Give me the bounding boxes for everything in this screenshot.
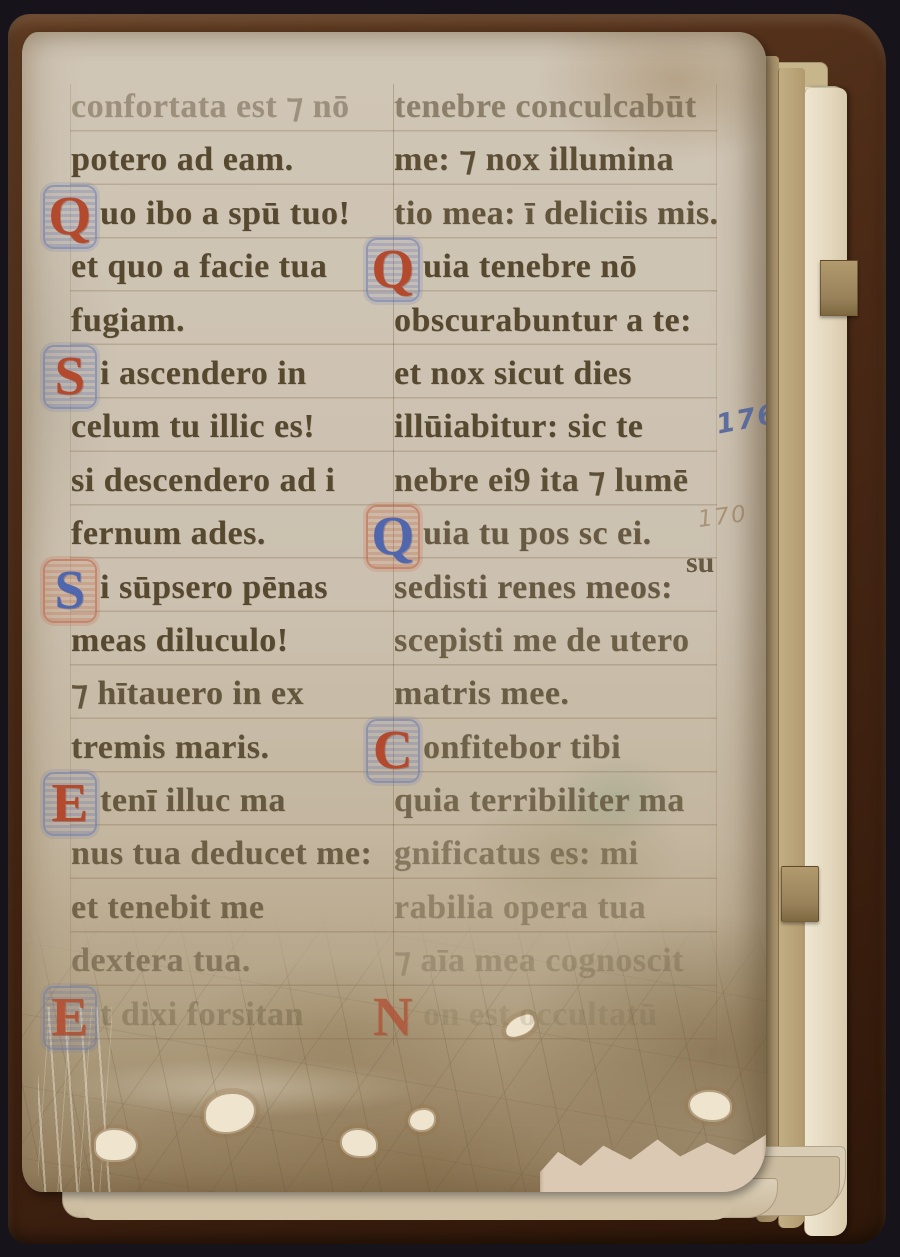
parchment-hole xyxy=(94,1128,138,1162)
margin-overflow-text: su xyxy=(686,546,714,580)
manuscript-text: ⁊ aīa mea cognoscit xyxy=(394,942,684,979)
illuminated-initial: E xyxy=(45,774,95,834)
folio-number-pencil: 176 xyxy=(714,398,766,440)
manuscript-text-line: et quo a facie tua xyxy=(71,244,393,297)
manuscript-text: illūiabitur: sic te xyxy=(394,408,643,445)
manuscript-text: potero ad eam. xyxy=(71,141,294,178)
manuscript-text-line: matris mee. xyxy=(394,671,716,724)
manuscript-text: sedisti renes meos: xyxy=(394,569,673,606)
parchment-hole xyxy=(688,1090,732,1122)
manuscript-text: uia tenebre nō xyxy=(423,248,637,285)
bottom-page-edges xyxy=(84,1198,734,1220)
manuscript-text-line: potero ad eam. xyxy=(71,137,393,190)
manuscript-text: confortata est ⁊ nō xyxy=(71,88,350,125)
manuscript-text-line: nebre ei9 ita ⁊ lumē xyxy=(394,458,716,511)
manuscript-text-line: Confitebor tibi xyxy=(394,725,716,778)
manuscript-text: fernum ades. xyxy=(71,515,266,552)
manuscript-text-line: et nox sicut dies xyxy=(394,351,716,404)
manuscript-text: matris mee. xyxy=(394,675,569,712)
manuscript-text: obscurabuntur a te: xyxy=(394,302,692,339)
manuscript-text-line: meas diluculo! xyxy=(71,618,393,671)
manuscript-text: et tenebit me xyxy=(71,889,264,926)
manuscript-text: uo ibo a spū tuo! xyxy=(100,195,350,232)
manuscript-text: tremis maris. xyxy=(71,729,269,766)
ghost-offset-number: 170 xyxy=(697,501,750,533)
manuscript-text: si descendero ad i xyxy=(71,462,335,499)
illuminated-initial: C xyxy=(368,721,418,781)
manuscript-text-line: Etenī illuc ma xyxy=(71,778,393,831)
manuscript-text-line: ⁊ hītauero in ex xyxy=(71,671,393,724)
manuscript-text-line: Quia tenebre nō xyxy=(394,244,716,297)
illuminated-initial: S xyxy=(45,561,95,621)
manuscript-text-line: quia terribiliter ma xyxy=(394,778,716,831)
manuscript-text: i ascendero in xyxy=(100,355,307,392)
manuscript-text: et quo a facie tua xyxy=(71,248,327,285)
manuscript-text-line: Non est occultatū xyxy=(394,992,716,1045)
manuscript-text-line: sedisti renes meos: xyxy=(394,565,716,618)
manuscript-text-line: Si sūpsero pēnas xyxy=(71,565,393,618)
manuscript-text: rabilia opera tua xyxy=(394,889,646,926)
manuscript-text: fugiam. xyxy=(71,302,185,339)
manuscript-text-line: nus tua deducet me: xyxy=(71,831,393,884)
manuscript-text-line: si descendero ad i xyxy=(71,458,393,511)
manuscript-text-line: Quia tu pos sc ei. xyxy=(394,511,716,564)
manuscript-text-line: Si ascendero in xyxy=(71,351,393,404)
parchment-hole xyxy=(340,1128,378,1158)
illuminated-initial: Q xyxy=(45,187,95,247)
page-edge-stack xyxy=(778,68,805,1228)
manuscript-text: quia terribiliter ma xyxy=(394,782,685,819)
manuscript-text: meas diluculo! xyxy=(71,622,289,659)
manuscript-text-line: scepisti me de utero xyxy=(394,618,716,671)
manuscript-text: ⁊ hītauero in ex xyxy=(71,675,304,712)
manuscript-text-line: Quo ibo a spū tuo! xyxy=(71,191,393,244)
text-column-left: confortata est ⁊ nōpotero ad eam.Quo ibo… xyxy=(70,84,394,1046)
manuscript-text: dextera tua. xyxy=(71,942,251,979)
manuscript-text-line: dextera tua. xyxy=(71,938,393,991)
manuscript-text: me: ⁊ nox illumina xyxy=(394,141,674,178)
illuminated-initial: Q xyxy=(368,507,418,567)
parchment-hole xyxy=(408,1108,436,1132)
photo-of-manuscript: { "photo": { "subject": "Opened medieval… xyxy=(0,0,900,1257)
manuscript-text: tenebre conculcabūt xyxy=(394,88,697,125)
manuscript-text: nus tua deducet me: xyxy=(71,835,372,872)
manuscript-text-line: rabilia opera tua xyxy=(394,885,716,938)
manuscript-text-line: Et dixi forsitan xyxy=(71,992,393,1045)
illuminated-initial: Q xyxy=(368,240,418,300)
illuminated-initial: N xyxy=(368,988,418,1048)
fore-edge-tab xyxy=(820,260,858,316)
manuscript-text: onfitebor tibi xyxy=(423,729,621,766)
manuscript-text-line: illūiabitur: sic te xyxy=(394,404,716,457)
parchment-page: confortata est ⁊ nōpotero ad eam.Quo ibo… xyxy=(22,32,766,1192)
manuscript-text-line: obscurabuntur a te: xyxy=(394,298,716,351)
manuscript-text-line: et tenebit me xyxy=(71,885,393,938)
manuscript-text-line: fernum ades. xyxy=(71,511,393,564)
manuscript-text-line: me: ⁊ nox illumina xyxy=(394,137,716,190)
illuminated-initial: E xyxy=(45,988,95,1048)
manuscript-text-line: tremis maris. xyxy=(71,725,393,778)
manuscript-text-line: fugiam. xyxy=(71,298,393,351)
manuscript-text-line: tenebre conculcabūt xyxy=(394,84,716,137)
illuminated-initial: S xyxy=(45,347,95,407)
manuscript-text: gnificatus es: mi xyxy=(394,835,639,872)
fore-edge-tab xyxy=(781,866,819,922)
manuscript-text: on est occultatū xyxy=(423,996,658,1033)
manuscript-text: scepisti me de utero xyxy=(394,622,689,659)
manuscript-text-line: tio mea: ī deliciis mis. xyxy=(394,191,716,244)
manuscript-text: nebre ei9 ita ⁊ lumē xyxy=(394,462,688,499)
manuscript-text: et nox sicut dies xyxy=(394,355,632,392)
text-column-right: tenebre conculcabūtme: ⁊ nox illuminatio… xyxy=(393,84,717,1046)
manuscript-text-line: celum tu illic es! xyxy=(71,404,393,457)
manuscript-text: uia tu pos sc ei. xyxy=(423,515,652,552)
manuscript-text-line: ⁊ aīa mea cognoscit xyxy=(394,938,716,991)
manuscript-text-line: gnificatus es: mi xyxy=(394,831,716,884)
manuscript-text: t dixi forsitan xyxy=(100,996,304,1033)
manuscript-text: tio mea: ī deliciis mis. xyxy=(394,195,719,232)
manuscript-text: tenī illuc ma xyxy=(100,782,286,819)
manuscript-text: celum tu illic es! xyxy=(71,408,315,445)
manuscript-text-line: confortata est ⁊ nō xyxy=(71,84,393,137)
manuscript-text: i sūpsero pēnas xyxy=(100,569,328,606)
